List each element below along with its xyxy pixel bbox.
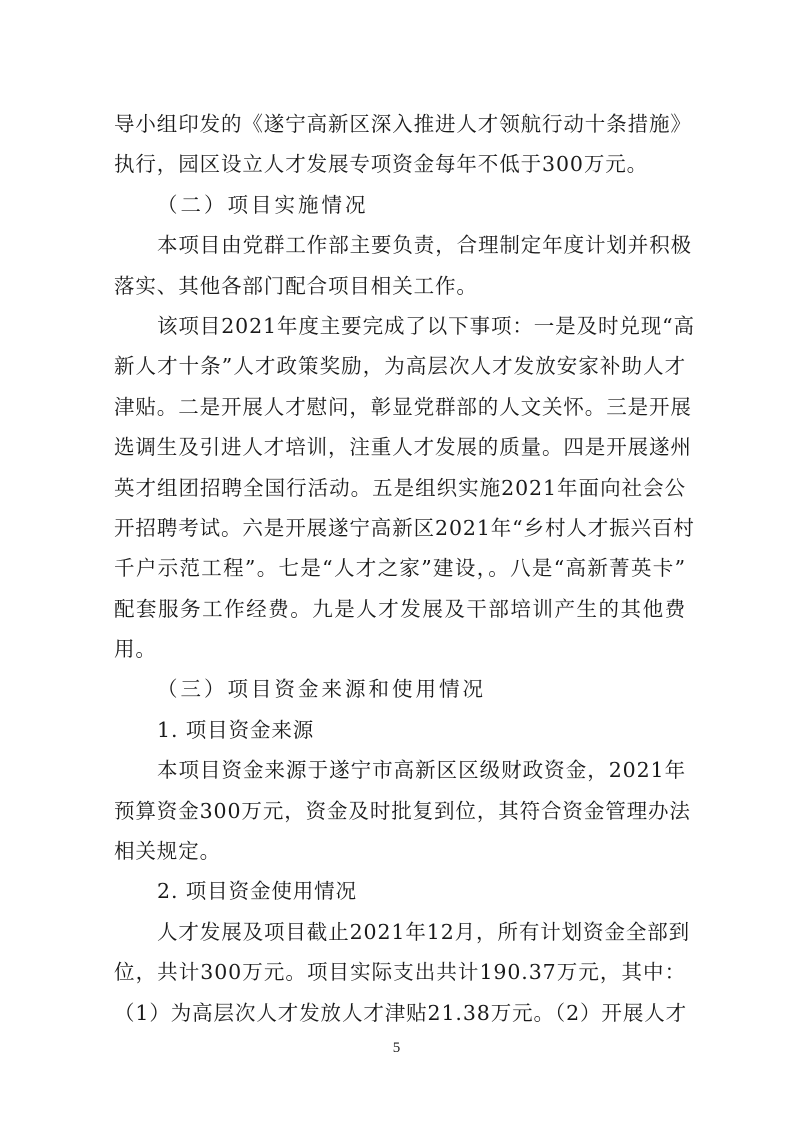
body-line: 导小组印发的《遂宁高新区深入推进人才领航行动十条措施》 — [114, 104, 686, 144]
subheading-funding-usage: 2. 项目资金使用情况 — [114, 871, 686, 911]
page-number: 5 — [0, 1040, 793, 1057]
paragraph-start: 该项目2021年度主要完成了以下事项：一是及时兑现“高 — [114, 306, 686, 346]
subheading-funding-source: 1. 项目资金来源 — [114, 710, 686, 750]
section-heading-implementation: （二）项目实施情况 — [114, 185, 686, 225]
section-heading-funding: （三）项目资金来源和使用情况 — [114, 669, 686, 709]
body-line: 位，共计300万元。项目实际支出共计190.37万元，其中： — [114, 952, 686, 992]
paragraph-start: 本项目资金来源于遂宁市高新区区级财政资金，2021年 — [114, 750, 686, 790]
body-line: 选调生及引进人才培训，注重人才发展的质量。四是开展遂州 — [114, 427, 686, 467]
body-line: （1）为高层次人才发放人才津贴21.38万元。（2）开展人才 — [114, 993, 686, 1033]
body-line: 津贴。二是开展人才慰问，彰显党群部的人文关怀。三是开展 — [114, 387, 686, 427]
body-line: 开招聘考试。六是开展遂宁高新区2021年“乡村人才振兴百村 — [114, 508, 686, 548]
paragraph-start: 人才发展及项目截止2021年12月，所有计划资金全部到 — [114, 912, 686, 952]
body-line: 配套服务工作经费。九是人才发展及干部培训产生的其他费 — [114, 589, 686, 629]
body-line: 用。 — [114, 629, 686, 669]
body-line: 英才组团招聘全国行活动。五是组织实施2021年面向社会公 — [114, 468, 686, 508]
document-page: 导小组印发的《遂宁高新区深入推进人才领航行动十条措施》 执行，园区设立人才发展专… — [0, 0, 793, 1122]
body-line: 相关规定。 — [114, 831, 686, 871]
document-body: 导小组印发的《遂宁高新区深入推进人才领航行动十条措施》 执行，园区设立人才发展专… — [114, 104, 686, 1033]
body-line: 千户示范工程”。七是“人才之家”建设，。八是“高新菁英卡” — [114, 548, 686, 588]
body-line: 预算资金300万元，资金及时批复到位，其符合资金管理办法 — [114, 791, 686, 831]
body-line: 执行，园区设立人才发展专项资金每年不低于300万元。 — [114, 144, 686, 184]
body-line: 新人才十条”人才政策奖励，为高层次人才发放安家补助人才 — [114, 346, 686, 386]
body-line: 落实、其他各部门配合项目相关工作。 — [114, 266, 686, 306]
paragraph-start: 本项目由党群工作部主要负责，合理制定年度计划并积极 — [114, 225, 686, 265]
